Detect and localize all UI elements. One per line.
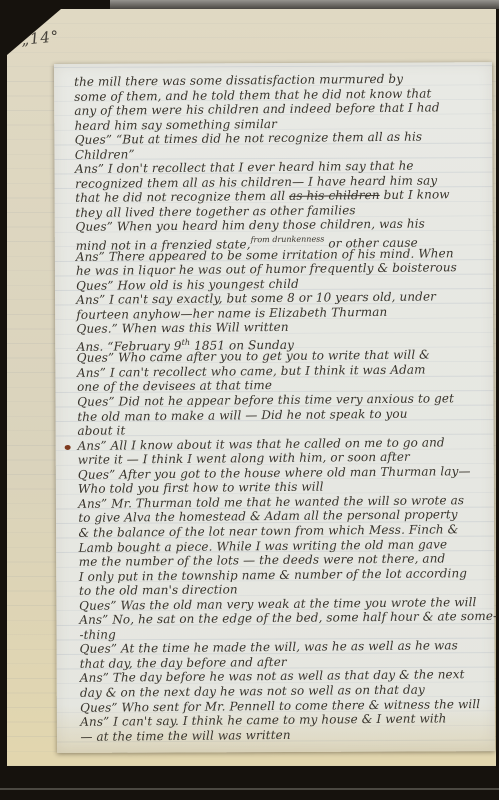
text-run: Ques” How old is his youngest child <box>76 276 299 292</box>
text-run: — at the time the will was written <box>80 727 290 743</box>
text-run: but I know <box>380 188 450 203</box>
page-number: „14° <box>20 27 60 49</box>
text-run: the old man to make a will — Did he not … <box>77 406 407 423</box>
text-run: that day, the day before and after <box>80 655 287 671</box>
text-run: as his children <box>289 188 380 203</box>
text-run: -thing <box>79 627 116 641</box>
book-bottom-edge <box>0 788 499 790</box>
book-binding-edge <box>110 0 499 9</box>
text-run: th <box>182 338 191 347</box>
text-run: Ques” At the time he made the will, was … <box>79 639 457 657</box>
text-run: to the old man's direction <box>79 583 238 599</box>
text-line: — at the time the will was written <box>80 725 496 744</box>
text-run: from drunkenness <box>251 235 325 245</box>
text-run: he was in liquor he was out of humor fre… <box>76 260 457 278</box>
manuscript-sheet: the mill there was some dissatisfaction … <box>54 62 495 753</box>
text-run: Ans” I can't say. I think he came to my … <box>80 711 446 729</box>
photographed-ledger-page: „14° the mill there was some dissatisfac… <box>0 0 499 800</box>
text-run: Children” <box>75 147 135 162</box>
manuscript-text: the mill there was some dissatisfaction … <box>74 71 496 744</box>
text-run: any of them were his children and indeed… <box>74 100 439 118</box>
text-run: Ques” “But at times did he not recognize… <box>75 130 423 147</box>
text-run: that he did not recognize them all <box>75 189 289 205</box>
ink-stain <box>65 445 71 450</box>
text-run: one of the devisees at that time <box>77 379 272 395</box>
text-run: heard him say something similar <box>74 117 277 133</box>
text-run: about it <box>77 424 125 438</box>
text-run: Ques.” When was this Will written <box>76 320 288 336</box>
text-run: fourteen anyhow—her name is Elizabeth Th… <box>76 305 387 322</box>
